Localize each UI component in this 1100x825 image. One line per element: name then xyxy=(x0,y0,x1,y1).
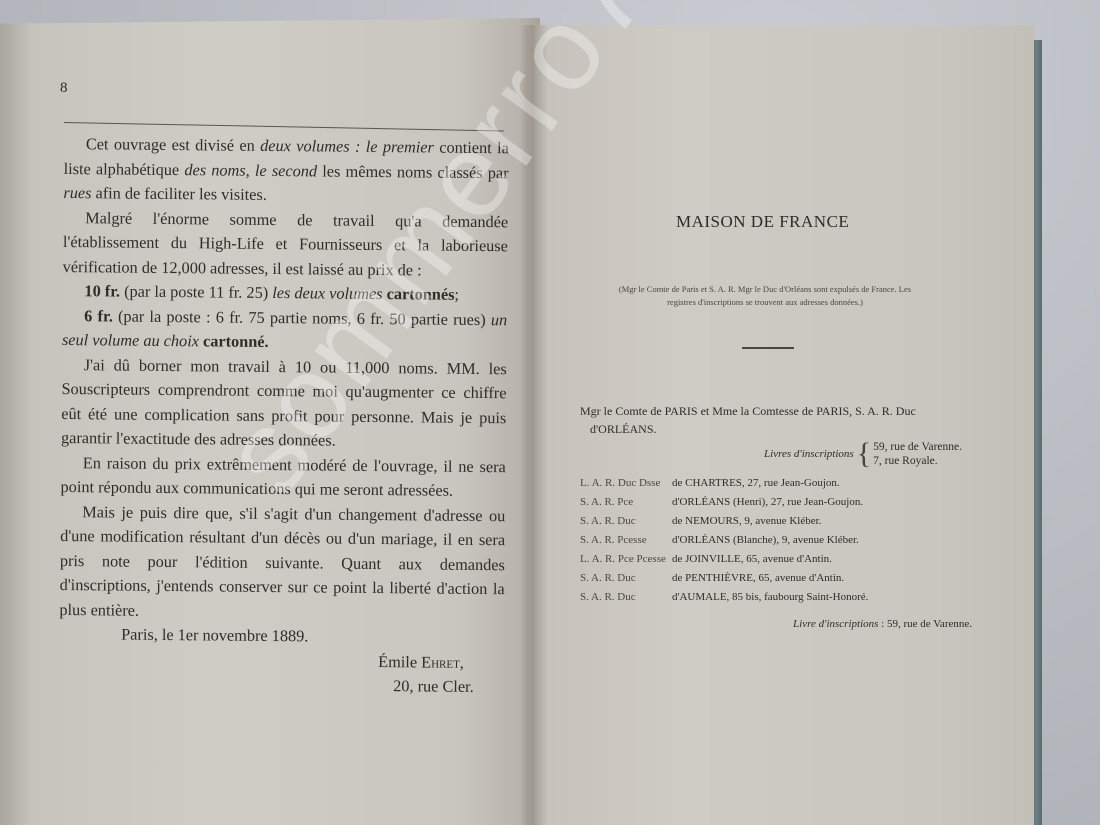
paragraph-changes: Mais je puis dire que, s'il s'agit d'un … xyxy=(59,499,505,626)
list-item: S. A. R. Pcessed'ORLÉANS (Blanche), 9, a… xyxy=(580,531,980,550)
family-heading-line1: Mgr le Comte de PARIS et Mme la Comtesse… xyxy=(580,402,980,420)
members-list: L. A. R. Duc Dssede CHARTRES, 27, rue Je… xyxy=(580,474,980,607)
section-title: MAISON DE FRANCE xyxy=(676,212,849,232)
family-heading-line2: d'ORLÉANS. xyxy=(580,420,980,438)
registry-addresses: Livres d'inscriptions { 59, rue de Varen… xyxy=(580,440,980,468)
price-two-volumes: 10 fr. (par la poste 11 fr. 25) les deux… xyxy=(62,279,507,308)
registry-address: 7, rue Royale. xyxy=(873,454,962,468)
paragraph-price-intro: Malgré l'énorme somme de travail qu'a de… xyxy=(63,205,509,283)
registry-label: Livres d'inscriptions xyxy=(764,445,854,463)
paragraph-no-reply: En raison du prix extrêmement modéré de … xyxy=(60,450,505,503)
brace-icon: { xyxy=(857,441,871,467)
list-item: L. A. R. Duc Dssede CHARTRES, 27, rue Je… xyxy=(580,474,980,493)
price-one-volume: 6 fr. (par la poste : 6 fr. 75 partie no… xyxy=(62,303,507,356)
final-registry: Livre d'inscriptions : 59, rue de Varenn… xyxy=(580,615,980,633)
paragraph-volumes: Cet ouvrage est divisé en deux volumes :… xyxy=(63,132,509,210)
book-gutter xyxy=(520,25,548,825)
family-listing: Mgr le Comte de PARIS et Mme la Comtesse… xyxy=(580,402,980,633)
list-item: S. A. R. Ducde PENTHIÈVRE, 65, avenue d'… xyxy=(580,569,980,588)
list-item: S. A. R. Ducd'AUMALE, 85 bis, faubourg S… xyxy=(580,588,980,607)
page-number: 8 xyxy=(60,80,68,97)
left-page-text: Cet ouvrage est divisé en deux volumes :… xyxy=(59,132,509,700)
expulsion-note: (Mgr le Comte de Paris et S. A. R. Mgr l… xyxy=(605,283,925,308)
list-item: S. A. R. Ducde NEMOURS, 9, avenue Kléber… xyxy=(580,512,980,531)
paragraph-name-count: J'ai dû borner mon travail à 10 ou 11,00… xyxy=(61,352,507,454)
registry-address: 59, rue de Varenne. xyxy=(873,440,962,454)
list-item: S. A. R. Pced'ORLÉANS (Henri), 27, rue J… xyxy=(580,493,980,512)
list-item: L. A. R. Pce Pcessede JOINVILLE, 65, ave… xyxy=(580,550,980,569)
signature-date: Paris, le 1er novembre 1889. xyxy=(121,623,504,651)
section-rule xyxy=(742,347,794,349)
signature-address: 20, rue Cler. xyxy=(59,671,504,700)
